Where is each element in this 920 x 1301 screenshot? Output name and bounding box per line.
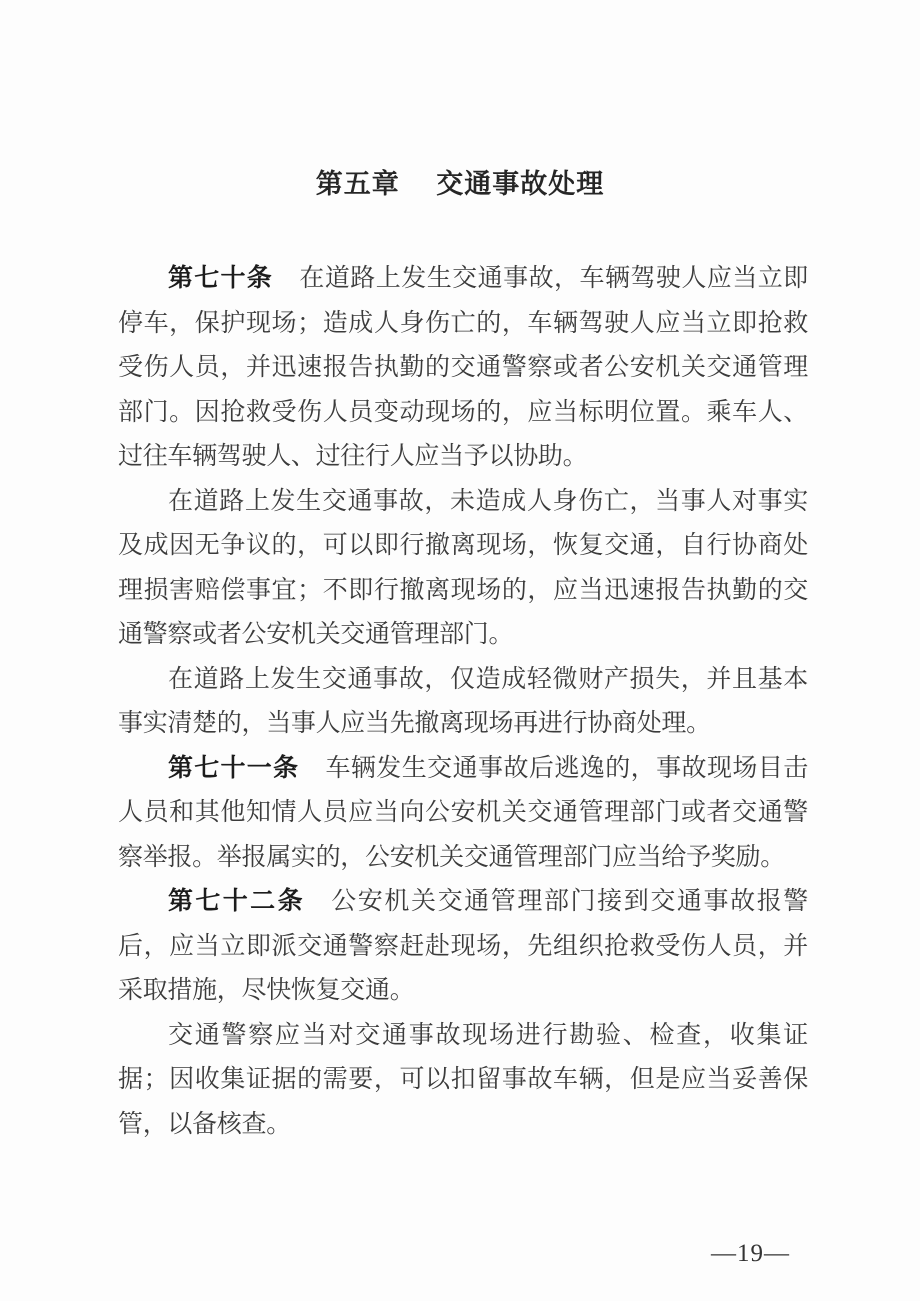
chapter-number: 第五章 [316, 169, 400, 200]
chapter-title: 交通事故处理 [436, 169, 604, 200]
paragraph-text: 在道路上发生交通事故，未造成人身伤亡，当事人对事实及成因无争议的，可以即行撤离现… [118, 486, 808, 649]
page-number: —19— [711, 1240, 790, 1268]
paragraph-article-72-1: 第七十二条公安机关交通管理部门接到交通事故报警后，应当立即派交通警察赶赴现场，先… [118, 879, 808, 1013]
paragraph-article-70-1: 第七十条在道路上发生交通事故，车辆驾驶人应当立即停车，保护现场；造成人身伤亡的，… [118, 256, 808, 479]
article-70-number: 第七十条 [168, 263, 273, 292]
document-body: 第七十条在道路上发生交通事故，车辆驾驶人应当立即停车，保护现场；造成人身伤亡的，… [118, 256, 808, 1146]
paragraph-text: 在道路上发生交通事故，仅造成轻微财产损失，并且基本事实清楚的，当事人应当先撤离现… [118, 664, 808, 738]
paragraph-text: 在道路上发生交通事故，车辆驾驶人应当立即停车，保护现场；造成人身伤亡的，车辆驾驶… [118, 263, 808, 470]
paragraph-article-70-3: 在道路上发生交通事故，仅造成轻微财产损失，并且基本事实清楚的，当事人应当先撤离现… [118, 657, 808, 746]
chapter-heading: 第五章 交通事故处理 [0, 170, 920, 200]
paragraph-article-72-2: 交通警察应当对交通事故现场进行勘验、检查，收集证据；因收集证据的需要，可以扣留事… [118, 1013, 808, 1147]
paragraph-article-71: 第七十一条车辆发生交通事故后逃逸的，事故现场目击人员和其他知情人员应当向公安机关… [118, 746, 808, 880]
article-72-number: 第七十二条 [168, 886, 305, 915]
article-71-number: 第七十一条 [168, 753, 299, 782]
document-page: 第五章 交通事故处理 第七十条在道路上发生交通事故，车辆驾驶人应当立即停车，保护… [0, 0, 920, 1301]
paragraph-text: 交通警察应当对交通事故现场进行勘验、检查，收集证据；因收集证据的需要，可以扣留事… [118, 1020, 808, 1138]
paragraph-article-70-2: 在道路上发生交通事故，未造成人身伤亡，当事人对事实及成因无争议的，可以即行撤离现… [118, 479, 808, 657]
